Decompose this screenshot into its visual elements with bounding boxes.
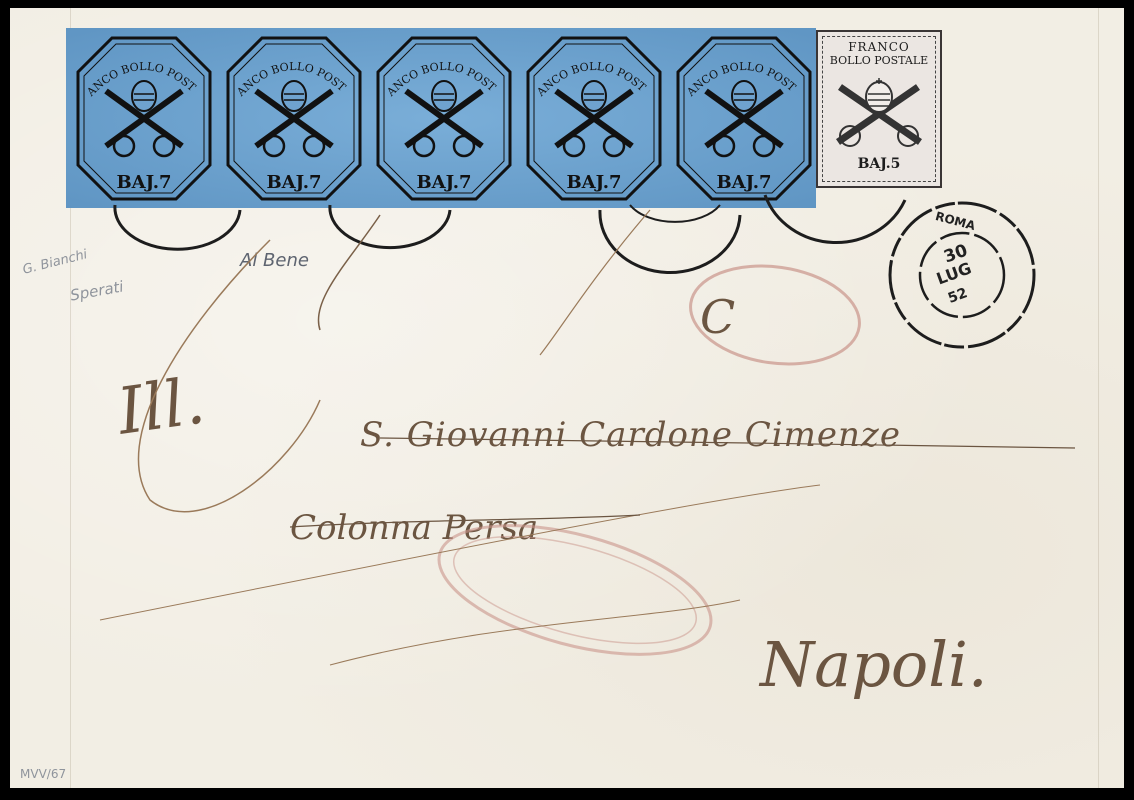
blue-stamp: FRANCO BOLLO POSTALEBAJ.7 xyxy=(526,36,662,201)
grey-stamp: FRANCO BOLLO POSTALE BAJ.5 xyxy=(816,30,942,188)
fold-line xyxy=(1098,8,1099,788)
address-line-1: S. Giovanni Cardone Cimenze xyxy=(360,415,901,455)
blue-stamp-strip: FRANCO BOLLO POSTALEBAJ.7FRANCO BOLLO PO… xyxy=(66,28,816,208)
rate-mark: C xyxy=(700,290,735,344)
stamp-legend-line1: FRANCO xyxy=(818,40,940,54)
papal-arms-icon xyxy=(828,72,930,152)
octagon-stamp-icon: FRANCO BOLLO POSTALEBAJ.7 xyxy=(526,36,662,201)
blue-stamp: FRANCO BOLLO POSTALEBAJ.7 xyxy=(226,36,362,201)
svg-text:BAJ.7: BAJ.7 xyxy=(116,172,171,193)
svg-text:BAJ.7: BAJ.7 xyxy=(566,172,621,193)
octagon-stamp-icon: FRANCO BOLLO POSTALEBAJ.7 xyxy=(676,36,812,201)
pencil-note: Al Bene xyxy=(240,250,309,271)
blue-stamp: FRANCO BOLLO POSTALEBAJ.7 xyxy=(376,36,512,201)
svg-text:BAJ.7: BAJ.7 xyxy=(716,172,771,193)
inventory-number: MVV/67 xyxy=(20,767,66,781)
stamp-value: BAJ.5 xyxy=(818,156,940,172)
svg-text:BAJ.7: BAJ.7 xyxy=(266,172,321,193)
blue-stamp: FRANCO BOLLO POSTALEBAJ.7 xyxy=(676,36,812,201)
octagon-stamp-icon: FRANCO BOLLO POSTALEBAJ.7 xyxy=(226,36,362,201)
destination: Napoli. xyxy=(760,628,988,701)
svg-text:BAJ.7: BAJ.7 xyxy=(416,172,471,193)
honorific: Ill. xyxy=(113,364,209,449)
octagon-stamp-icon: FRANCO BOLLO POSTALEBAJ.7 xyxy=(76,36,212,201)
stamp-legend-line2: BOLLO POSTALE xyxy=(818,54,940,67)
blue-stamp: FRANCO BOLLO POSTALEBAJ.7 xyxy=(76,36,212,201)
address-line-2: Colonna Persa xyxy=(290,508,538,548)
octagon-stamp-icon: FRANCO BOLLO POSTALEBAJ.7 xyxy=(376,36,512,201)
